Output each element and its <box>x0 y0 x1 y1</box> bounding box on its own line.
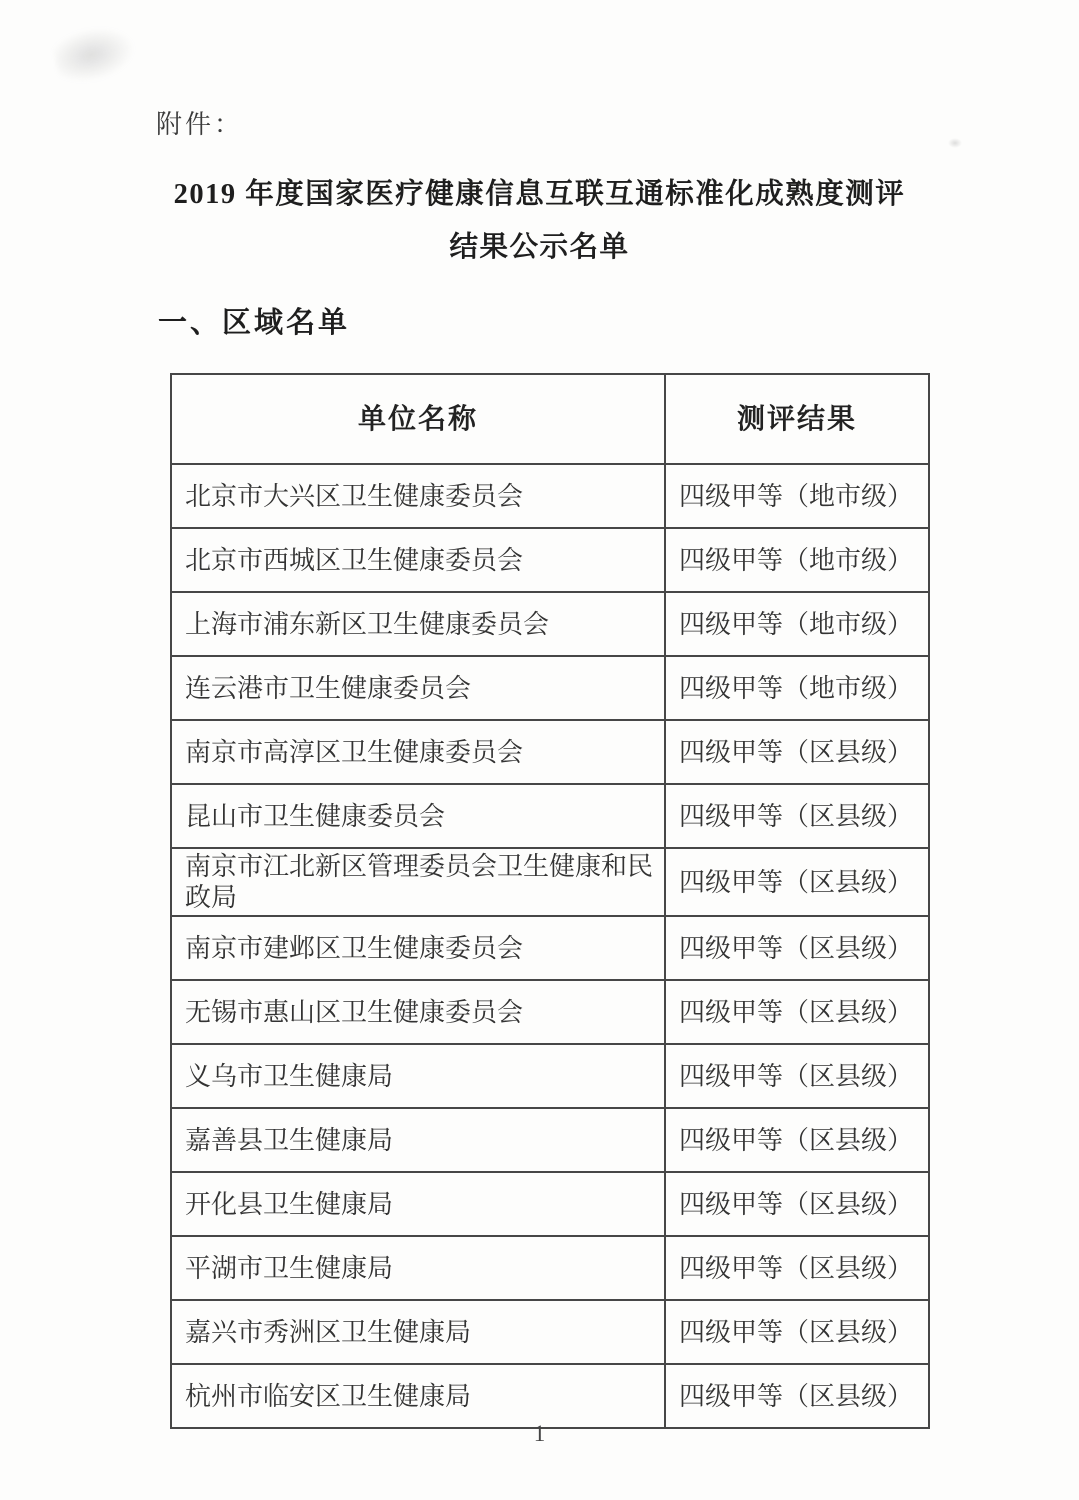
table-row: 开化县卫生健康局 四级甲等（区县级） <box>171 1172 929 1236</box>
unit-name-cell: 南京市江北新区管理委员会卫生健康和民政局 <box>171 848 665 916</box>
evaluation-result-cell: 四级甲等（区县级） <box>665 980 929 1044</box>
unit-name-cell: 杭州市临安区卫生健康局 <box>171 1364 665 1428</box>
unit-name-cell: 连云港市卫生健康委员会 <box>171 656 665 720</box>
section-heading: 一、区域名单 <box>158 300 350 341</box>
evaluation-result-cell: 四级甲等（地市级） <box>665 528 929 592</box>
unit-name-cell: 义乌市卫生健康局 <box>171 1044 665 1108</box>
evaluation-result-cell: 四级甲等（区县级） <box>665 784 929 848</box>
unit-name-cell: 嘉兴市秀洲区卫生健康局 <box>171 1300 665 1364</box>
table-row: 义乌市卫生健康局 四级甲等（区县级） <box>171 1044 929 1108</box>
evaluation-result-cell: 四级甲等（区县级） <box>665 1300 929 1364</box>
table-header-row: 单位名称 测评结果 <box>171 374 929 464</box>
evaluation-result-cell: 四级甲等（区县级） <box>665 720 929 784</box>
table-row: 嘉兴市秀洲区卫生健康局 四级甲等（区县级） <box>171 1300 929 1364</box>
evaluation-result-cell: 四级甲等（区县级） <box>665 1108 929 1172</box>
table-row: 南京市江北新区管理委员会卫生健康和民政局 四级甲等（区县级） <box>171 848 929 916</box>
table-row: 杭州市临安区卫生健康局 四级甲等（区县级） <box>171 1364 929 1428</box>
document-title: 2019 年度国家医疗健康信息互联互通标准化成熟度测评 结果公示名单 <box>0 168 1079 274</box>
evaluation-results-table: 单位名称 测评结果 北京市大兴区卫生健康委员会 四级甲等（地市级） 北京市西城区… <box>170 373 930 1429</box>
evaluation-result-cell: 四级甲等（区县级） <box>665 1236 929 1300</box>
unit-name-cell: 南京市建邺区卫生健康委员会 <box>171 916 665 980</box>
table-row: 上海市浦东新区卫生健康委员会 四级甲等（地市级） <box>171 592 929 656</box>
evaluation-result-cell: 四级甲等（地市级） <box>665 592 929 656</box>
evaluation-result-cell: 四级甲等（地市级） <box>665 656 929 720</box>
evaluation-result-cell: 四级甲等（区县级） <box>665 1044 929 1108</box>
table-row: 南京市建邺区卫生健康委员会 四级甲等（区县级） <box>171 916 929 980</box>
page-number: 1 <box>0 1421 1079 1447</box>
unit-name-cell: 无锡市惠山区卫生健康委员会 <box>171 980 665 1044</box>
scan-speck-artifact <box>948 138 962 148</box>
table-row: 嘉善县卫生健康局 四级甲等（区县级） <box>171 1108 929 1172</box>
unit-name-column-header: 单位名称 <box>171 374 665 464</box>
evaluation-result-cell: 四级甲等（区县级） <box>665 1172 929 1236</box>
table-body: 北京市大兴区卫生健康委员会 四级甲等（地市级） 北京市西城区卫生健康委员会 四级… <box>171 464 929 1428</box>
evaluation-result-cell: 四级甲等（区县级） <box>665 1364 929 1428</box>
table-row: 北京市西城区卫生健康委员会 四级甲等（地市级） <box>171 528 929 592</box>
unit-name-cell: 昆山市卫生健康委员会 <box>171 784 665 848</box>
unit-name-cell: 北京市大兴区卫生健康委员会 <box>171 464 665 528</box>
unit-name-cell: 开化县卫生健康局 <box>171 1172 665 1236</box>
scan-smudge-artifact <box>50 20 139 87</box>
title-line-2: 结果公示名单 <box>0 221 1079 274</box>
document-page: 附件： 2019 年度国家医疗健康信息互联互通标准化成熟度测评 结果公示名单 一… <box>0 0 1079 1500</box>
attachment-label: 附件： <box>156 104 243 141</box>
unit-name-cell: 嘉善县卫生健康局 <box>171 1108 665 1172</box>
evaluation-result-cell: 四级甲等（地市级） <box>665 464 929 528</box>
title-line-1: 2019 年度国家医疗健康信息互联互通标准化成熟度测评 <box>0 168 1079 221</box>
unit-name-cell: 南京市高淳区卫生健康委员会 <box>171 720 665 784</box>
evaluation-result-cell: 四级甲等（区县级） <box>665 848 929 916</box>
unit-name-cell: 平湖市卫生健康局 <box>171 1236 665 1300</box>
table-row: 平湖市卫生健康局 四级甲等（区县级） <box>171 1236 929 1300</box>
table-row: 南京市高淳区卫生健康委员会 四级甲等（区县级） <box>171 720 929 784</box>
unit-name-cell: 北京市西城区卫生健康委员会 <box>171 528 665 592</box>
table-row: 昆山市卫生健康委员会 四级甲等（区县级） <box>171 784 929 848</box>
unit-name-cell: 上海市浦东新区卫生健康委员会 <box>171 592 665 656</box>
evaluation-result-cell: 四级甲等（区县级） <box>665 916 929 980</box>
table-row: 无锡市惠山区卫生健康委员会 四级甲等（区县级） <box>171 980 929 1044</box>
table-row: 连云港市卫生健康委员会 四级甲等（地市级） <box>171 656 929 720</box>
table-row: 北京市大兴区卫生健康委员会 四级甲等（地市级） <box>171 464 929 528</box>
evaluation-result-column-header: 测评结果 <box>665 374 929 464</box>
